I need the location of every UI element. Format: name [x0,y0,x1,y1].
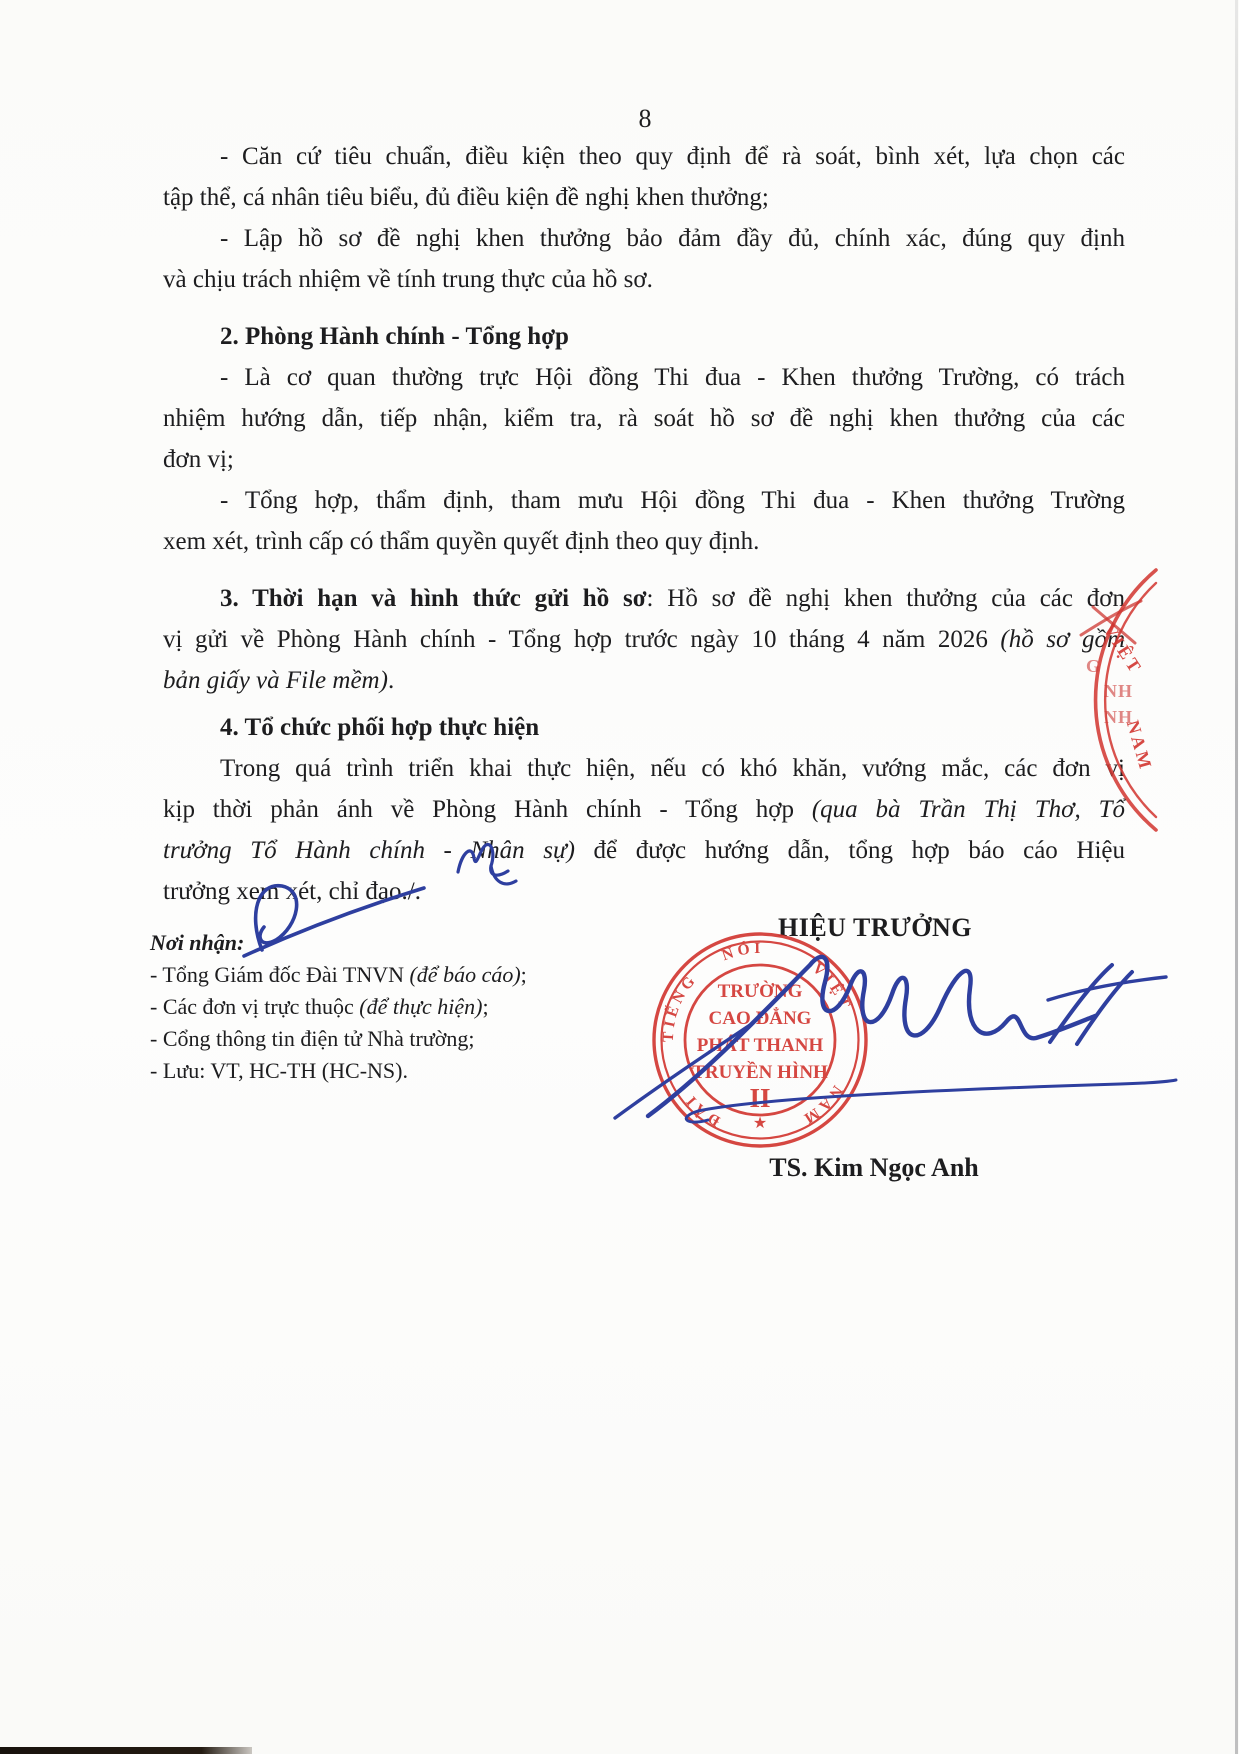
document-line: - Tổng hợp, thẩm định, tham mưu Hội đồng… [163,480,1125,521]
document-line: - Căn cứ tiêu chuẩn, điều kiện theo quy … [163,136,1125,177]
partial-seal-fragment: NH [1104,681,1133,702]
text-segment: tập thể, cá nhân tiêu biểu, đủ điều kiện… [163,184,769,211]
scan-edge-artifact [0,1747,252,1754]
text-segment: - Lưu: VT, HC-TH (HC-NS). [150,1058,408,1083]
signature-icon [560,920,1220,1135]
page: { "page": { "number": "8" }, "document":… [0,0,1239,1754]
document-line: vị gửi về Phòng Hành chính - Tổng hợp tr… [163,619,1125,660]
text-segment: - Các đơn vị trực thuộc [150,994,359,1019]
text-segment: nhiệm hướng dẫn, tiếp nhận, kiểm tra, rà… [163,405,1125,432]
partial-seal-icon [1060,520,1239,880]
text-segment: ; [521,962,527,987]
document-line: xem xét, trình cấp có thẩm quyền quyết đ… [163,521,1125,562]
text-segment: và chịu trách nhiệm về tính trung thực c… [163,266,653,293]
document-line: bản giấy và File mềm). [163,660,1125,701]
text-segment: - Cổng thông tin điện tử Nhà trường; [150,1026,475,1051]
document-line: 3. Thời hạn và hình thức gửi hồ sơ: Hồ s… [163,578,1125,619]
document-line: tập thể, cá nhân tiêu biểu, đủ điều kiện… [163,177,1125,218]
text-segment: bản giấy và File mềm) [163,667,388,694]
document-line: - Là cơ quan thường trực Hội đồng Thi đu… [163,357,1125,398]
text-segment: 3. Thời hạn và hình thức gửi hồ sơ [220,585,647,612]
text-segment: đơn vị; [163,446,234,473]
text-segment: xem xét, trình cấp có thẩm quyền quyết đ… [163,528,759,555]
seal-smudge-icon [1075,595,1145,655]
initial-mark-icon [228,872,438,964]
text-segment: để được hướng dẫn, tổng hợp báo cáo Hiệu [575,837,1125,864]
text-segment: : Hồ sơ đề nghị khen thưởng của các đơn [647,585,1125,612]
document-line: trưởng Tổ Hành chính - Nhân sự) để được … [163,830,1125,871]
document-line: 4. Tổ chức phối hợp thực hiện [163,707,1125,748]
text-segment: - Tổng hợp, thẩm định, tham mưu Hội đồng… [220,487,1125,514]
document-line: Trong quá trình triển khai thực hiện, nế… [163,748,1125,789]
text-segment: - Lập hồ sơ đề nghị khen thưởng bảo đảm … [220,225,1125,252]
document-line: 2. Phòng Hành chính - Tổng hợp [163,316,1125,357]
text-segment: Trong quá trình triển khai thực hiện, nế… [220,755,1125,782]
document-line: nhiệm hướng dẫn, tiếp nhận, kiểm tra, rà… [163,398,1125,439]
text-segment: - Là cơ quan thường trực Hội đồng Thi đu… [220,364,1125,391]
document-line: và chịu trách nhiệm về tính trung thực c… [163,259,1125,300]
signer-name: TS. Kim Ngọc Anh [758,1153,990,1183]
partial-seal-fragment: G [1086,656,1101,677]
text-segment: ; [482,994,488,1019]
text-segment: . [388,667,394,694]
text-segment: 2. Phòng Hành chính - Tổng hợp [220,323,569,350]
document-line: - Lập hồ sơ đề nghị khen thưởng bảo đảm … [163,218,1125,259]
document-line: kịp thời phản ánh về Phòng Hành chính - … [163,789,1125,830]
text-segment: vị gửi về Phòng Hành chính - Tổng hợp tr… [163,626,1000,653]
text-segment: (để báo cáo) [409,962,520,987]
text-segment: 4. Tổ chức phối hợp thực hiện [220,714,539,741]
text-segment: - Căn cứ tiêu chuẩn, điều kiện theo quy … [220,143,1125,170]
document-body: - Căn cứ tiêu chuẩn, điều kiện theo quy … [163,136,1125,912]
text-segment: - Tổng Giám đốc Đài TNVN [150,962,409,987]
scan-edge-line [1235,0,1238,1754]
text-segment: kịp thời phản ánh về Phòng Hành chính - … [163,796,812,823]
initial-mark-icon [448,838,524,896]
partial-seal-fragment: NH [1104,707,1133,728]
document-line: đơn vị; [163,439,1125,480]
text-segment: (để thực hiện) [359,994,482,1019]
page-number: 8 [600,104,690,134]
